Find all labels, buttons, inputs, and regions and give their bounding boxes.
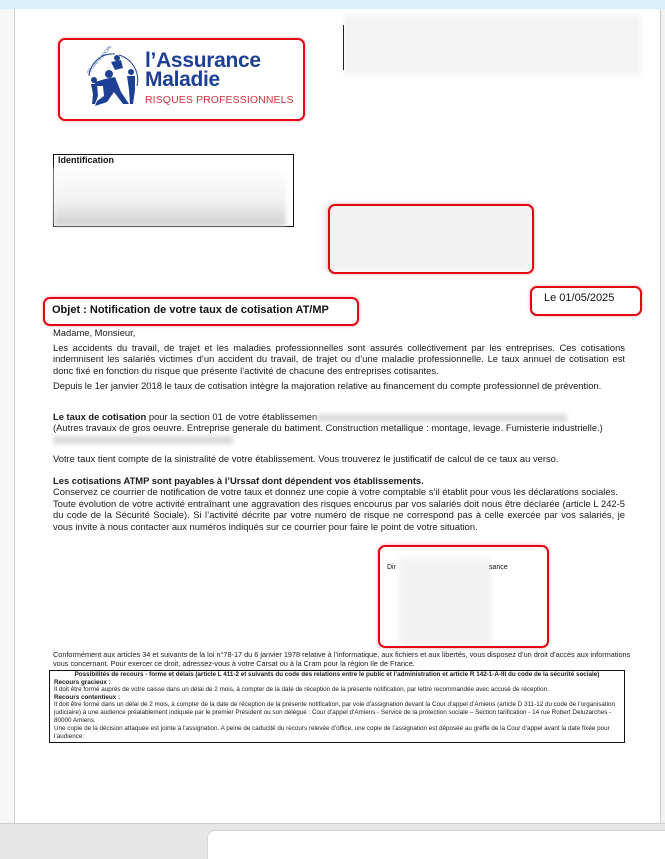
salutation: Madame, Monsieur, bbox=[53, 327, 625, 338]
recours-contentieux-heading: Recours contentieux : bbox=[54, 694, 620, 702]
cnil-notice: Conformément aux articles 34 et suivants… bbox=[53, 651, 643, 668]
identification-block: Identification bbox=[53, 154, 294, 227]
logo-highlight bbox=[58, 38, 305, 121]
signature-highlight bbox=[378, 545, 549, 648]
paragraph-taux: Le taux de cotisation pour la section 01… bbox=[53, 411, 625, 444]
identification-redacted bbox=[54, 167, 286, 226]
paragraph-accidents: Les accidents du travail, de trajet et l… bbox=[53, 342, 625, 376]
identification-title: Identification bbox=[58, 155, 114, 165]
viewer-scrollbar[interactable] bbox=[660, 9, 665, 823]
viewer-bottom-panel[interactable] bbox=[207, 830, 665, 859]
paragraph-sinistralite: Votre taux tient compte de la sinistrali… bbox=[53, 453, 625, 464]
taux-extra-redacted bbox=[53, 436, 233, 444]
recours-box: Possibilités de recours - forme et délai… bbox=[49, 670, 625, 743]
recours-contentieux-text: Il doit être formé dans un délai de 2 mo… bbox=[54, 701, 620, 724]
paragraph-depuis-2018: Depuis le 1er janvier 2018 le taux de co… bbox=[53, 380, 625, 391]
taux-value-redacted bbox=[317, 414, 567, 422]
activity-description: (Autres travaux de gros oeuvre. Entrepri… bbox=[53, 422, 603, 433]
recours-title: Possibilités de recours - forme et délai… bbox=[54, 671, 620, 679]
atmp-heading: Les cotisations ATMP sont payables à l’U… bbox=[53, 475, 424, 486]
letter-date: Le 01/05/2025 bbox=[544, 292, 614, 304]
recours-gracieux-text: Il doit être formé auprès de votre caiss… bbox=[54, 686, 620, 694]
viewer-left-gutter bbox=[0, 9, 15, 823]
recipient-highlight bbox=[328, 204, 534, 274]
letter-subject: Objet : Notification de votre taux de co… bbox=[52, 304, 329, 316]
sender-address-redacted bbox=[344, 15, 641, 75]
paragraph-atmp: Les cotisations ATMP sont payables à l’U… bbox=[53, 475, 625, 532]
recours-gracieux-heading: Recours gracieux : bbox=[54, 679, 620, 687]
taux-label: Le taux de cotisation bbox=[53, 411, 146, 422]
viewer-top-bar bbox=[0, 0, 665, 9]
date-highlight: Le 01/05/2025 bbox=[530, 286, 642, 316]
address-bracket bbox=[343, 25, 344, 70]
recours-copie-text: Une copie de la décision attaquée est jo… bbox=[54, 725, 620, 740]
subject-highlight: Objet : Notification de votre taux de co… bbox=[43, 297, 359, 326]
